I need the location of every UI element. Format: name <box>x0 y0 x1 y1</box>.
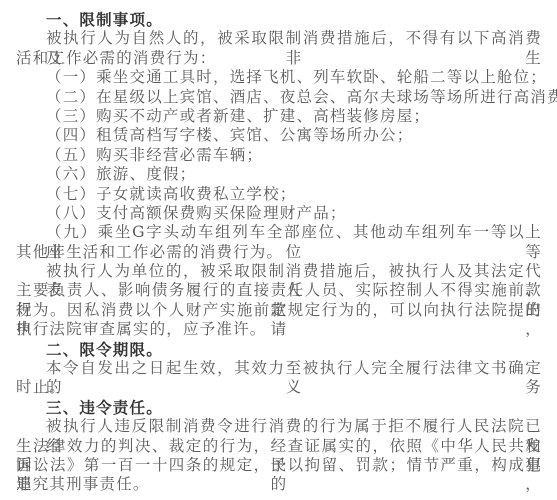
paragraph-line: 被执行人为单位的，被采取限制消费措施后，被执行人及其法定代表人、 <box>16 262 542 281</box>
paragraph-line: 被执行人为自然人的，被采取限制消费措施后，不得有以下高消费及非生 <box>16 29 542 48</box>
list-item-3: （三）购买不动产或者新建、扩建、高档装修房屋； <box>16 107 542 126</box>
list-item-2: （二）在星级以上宾馆、酒店、夜总会、高尔夫球场等场所进行高消费； <box>16 88 542 107</box>
paragraph-line: 行为。因私消费以个人财产实施前款规定行为的，可以向执行法院提出申请， <box>16 301 542 320</box>
paragraph-line: 生法律效力的判决、裁定的行为，经查证属实的，依照《中华人民共和国民事 <box>16 437 542 456</box>
list-item-1: （一）乘坐交通工具时，选择飞机、列车软卧、轮船二等以上舱位； <box>16 68 542 87</box>
paragraph-line: 被执行人违反限制消费令进行消费的行为属于拒不履行人民法院已经发 <box>16 417 542 436</box>
paragraph-line: 主要负责人、影响债务履行的直接责任人员、实际控制人不得实施前款规定的 <box>16 281 542 300</box>
section-heading-liability: 三、违令责任。 <box>16 398 542 417</box>
list-item-9: （九）乘坐G字头动车组列车全部座位、其他动车组列车一等以上座位等 <box>16 223 542 242</box>
section-heading-term: 二、限令期限。 <box>16 340 542 359</box>
list-item-5: （五）购买非经营必需车辆； <box>16 146 542 165</box>
paragraph-line: 本令自发出之日起生效，其效力至被执行人完全履行法律文书确定的义务 <box>16 359 542 378</box>
list-item-4: （四）租赁高档写字楼、宾馆、公寓等场所办公； <box>16 126 542 145</box>
list-item-6: （六）旅游、度假； <box>16 165 542 184</box>
list-item-7: （七）子女就读高收费私立学校； <box>16 185 542 204</box>
document-body: 一、限制事项。 被执行人为自然人的，被采取限制消费措施后，不得有以下高消费及非生… <box>16 10 542 495</box>
list-item-8: （八）支付高额保费购买保险理财产品； <box>16 204 542 223</box>
section-heading-restrictions: 一、限制事项。 <box>16 10 542 29</box>
paragraph-line: 诉讼法》第一百一十四条的规定，予以拘留、罚款；情节严重，构成犯罪的， <box>16 456 542 475</box>
